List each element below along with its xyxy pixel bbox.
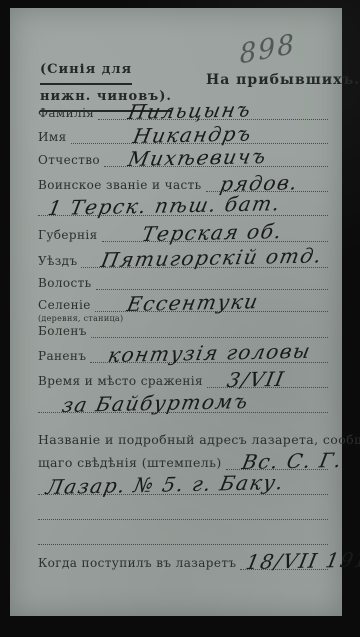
field-label-surname: Фамилія <box>38 106 98 120</box>
field-row-governorate: Губернія Терская об. <box>38 221 328 242</box>
dotted-line <box>91 316 328 338</box>
dotted-line: 18/VII 1916 г. <box>240 548 328 570</box>
dotted-line: Никандръ <box>71 122 328 144</box>
handwritten-unit: 1 Терск. пѣш. бат. <box>46 191 283 220</box>
hospital-admission-card: 898 (Синія для нижн. чиновъ). На прибывш… <box>10 8 342 616</box>
field-label-district: Уѣздъ <box>38 254 81 268</box>
dotted-line: Михѣевичъ <box>104 145 328 167</box>
field-label-governorate: Губернія <box>38 228 102 242</box>
dotted-line: Ессентуки <box>95 290 328 312</box>
field-row-settlement: Селеніе Ессентуки <box>38 291 328 312</box>
handwritten-wound: контузія головы <box>106 339 313 367</box>
dotted-line: Терская об. <box>102 220 328 242</box>
dotted-line: Вс. С. Г. <box>226 448 328 470</box>
dotted-line: 1 Терск. пѣш. бат. <box>38 194 328 216</box>
field-label-admission-date: Когда поступилъ въ лазаретъ <box>38 556 240 570</box>
handwritten-battle-place: за Байбуртомъ <box>60 389 251 417</box>
handwritten-battle-date: 3/VII <box>225 367 287 392</box>
dotted-line: Пильцынъ <box>98 98 328 120</box>
field-row-patronymic: Отчество Михѣевичъ <box>38 146 328 167</box>
handwritten-patronymic: Михѣевичъ <box>126 144 269 171</box>
blank-ruled-line <box>38 524 328 545</box>
handwritten-surname: Пильцынъ <box>126 97 254 124</box>
field-label-rank-unit: Воинское званіе и часть <box>38 178 206 192</box>
field-row-unit-continued: 1 Терск. пѣш. бат. <box>38 195 328 216</box>
field-label-patronymic: Отчество <box>38 153 104 167</box>
dotted-line: за Байбуртомъ <box>38 391 328 413</box>
dotted-line: Пятигорскій отд. <box>81 246 328 268</box>
field-label-sick: Боленъ <box>38 324 91 338</box>
dotted-line: рядов. <box>206 170 328 192</box>
handwritten-lazaret-address: Лазар. № 5. г. Баку. <box>44 470 287 499</box>
field-row-district: Уѣздъ Пятигорскій отд. <box>38 247 328 268</box>
field-row-volost: Волость <box>38 269 328 290</box>
field-row-admission-date: Когда поступилъ въ лазаретъ 18/VII 1916 … <box>38 549 328 570</box>
field-row-wounded: Раненъ контузія головы <box>38 342 328 363</box>
field-label-volost: Волость <box>38 276 96 290</box>
field-row-first-name: Имя Никандръ <box>38 123 328 144</box>
document-title: На прибывшихъ. <box>206 72 360 88</box>
lazaret-label-line1: Названіе и подробный адресъ лазарета, со… <box>38 432 328 447</box>
field-label-battle: Время и мѣсто сраженія <box>38 374 207 388</box>
field-row-lazaret-continued: Лазар. № 5. г. Баку. <box>38 474 328 495</box>
field-row-rank-unit: Воинское званіе и часть рядов. <box>38 171 328 192</box>
field-label-settlement: Селеніе <box>38 298 95 312</box>
card-number: 898 <box>239 28 297 70</box>
field-label-wounded: Раненъ <box>38 349 90 363</box>
corner-note-line1: (Синія для <box>40 58 132 85</box>
dotted-line: контузія головы <box>90 341 328 363</box>
dotted-line <box>38 498 328 520</box>
field-row-battle: Время и мѣсто сраженія 3/VII <box>38 367 328 388</box>
field-row-battle-continued: за Байбуртомъ <box>38 392 328 413</box>
handwritten-admission-date: 18/VII 1916 г. <box>244 547 360 574</box>
dotted-line: 3/VII <box>207 366 328 388</box>
field-row-lazaret: щаго свѣдѣнія (штемпель) Вс. С. Г. <box>38 449 328 470</box>
field-row-surname: Фамилія Пильцынъ <box>38 99 328 120</box>
blank-ruled-line <box>38 499 328 520</box>
field-label-first-name: Имя <box>38 130 71 144</box>
handwritten-governorate: Терская об. <box>140 219 285 246</box>
handwritten-settlement: Ессентуки <box>125 289 261 316</box>
lazaret-label-line2: щаго свѣдѣнія (штемпель) <box>38 455 226 470</box>
dotted-line <box>96 268 328 290</box>
dotted-line: Лазар. № 5. г. Баку. <box>38 473 328 495</box>
field-row-sick: Боленъ <box>38 317 328 338</box>
dotted-line <box>38 523 328 545</box>
